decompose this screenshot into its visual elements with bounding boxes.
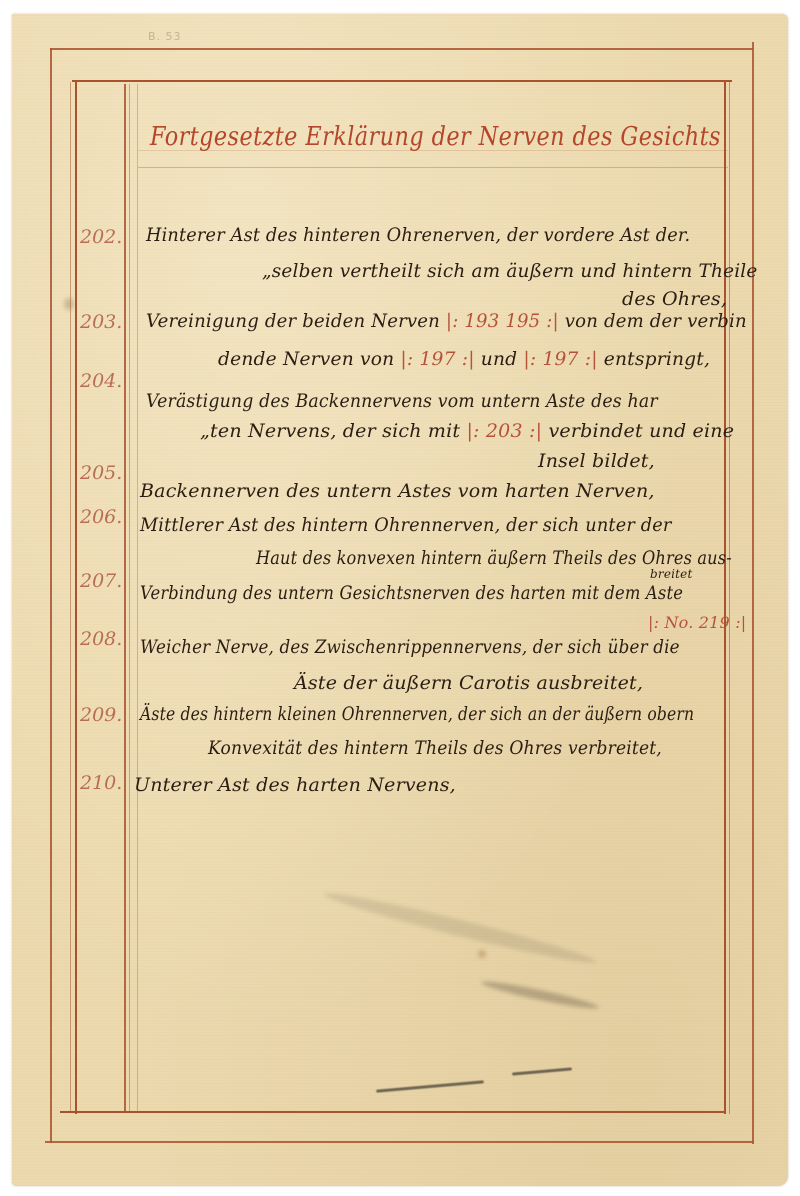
entry-text-line: Verästigung des Backennervens vom untern… (146, 390, 658, 412)
entry-text-line: Backennerven des untern Astes vom harten… (140, 480, 655, 502)
cross-reference: |: 193 195 :| (446, 310, 559, 332)
page-title: Fortgesetzte Erklärung der Nerven des Ge… (150, 122, 649, 152)
inner-frame-left (75, 80, 77, 1114)
entry-text-line: Unterer Ast des harten Nervens, (134, 774, 456, 796)
entry-number: 210. (80, 772, 132, 794)
entry-text-line: Äste der äußern Carotis ausbreitet, (294, 672, 643, 694)
entry-text-line: breitet (650, 567, 693, 581)
outer-frame-bottom (45, 1141, 753, 1143)
entry-text-line: Vereinigung der beiden Nerven |: 193 195… (146, 310, 747, 332)
cross-reference: |: 197 :| (400, 348, 474, 370)
outer-frame-top (50, 48, 753, 50)
stain-spot (478, 950, 486, 958)
title-baseline (138, 167, 728, 168)
inner-frame-right (724, 80, 726, 1114)
entry-number: 206. (80, 506, 132, 528)
entry-number: 207. (80, 570, 132, 592)
inner-frame-bottom (60, 1111, 726, 1113)
entry-text-line: Mittlerer Ast des hintern Ohrennerven, d… (140, 514, 672, 536)
inner-frame-top (72, 80, 732, 82)
entry-text-line: Haut des konvexen hintern äußern Theils … (256, 547, 732, 569)
entry-text-line: „ten Nervens, der sich mit |: 203 :| ver… (200, 420, 734, 442)
entry-text-line: Äste des hintern kleinen Ohrennerven, de… (140, 703, 694, 725)
cross-reference: |: 203 :| (466, 420, 542, 442)
entry-number: 202. (80, 226, 132, 248)
outer-frame-left (50, 48, 52, 1143)
entry-number: 203. (80, 311, 132, 333)
outer-frame-right (752, 42, 754, 1144)
entry-number: 208. (80, 628, 132, 650)
title-column-guide (137, 84, 138, 1112)
entry-text-line: Verbindung des untern Gesichtsnerven des… (140, 582, 683, 604)
entry-text-line: des Ohres, (622, 288, 727, 310)
entry-text-line: Konvexität des hintern Theils des Ohres … (208, 737, 662, 759)
entry-number: 209. (80, 704, 132, 726)
cross-reference: |: 197 :| (523, 348, 597, 370)
entry-text-line: dende Nerven von |: 197 :| und |: 197 :|… (218, 348, 710, 370)
entry-text-line: Weicher Nerve, des Zwischenrippennervens… (140, 636, 680, 658)
stain-spot (64, 298, 74, 310)
cross-reference: |: No. 219 :| (648, 613, 746, 632)
entry-text-line: Hinterer Ast des hinteren Ohrenerven, de… (146, 224, 690, 246)
entry-number: 204. (80, 370, 132, 392)
inner-frame-right-double (729, 80, 730, 1114)
entry-text-line: „selben vertheilt sich am äußern und hin… (262, 260, 757, 282)
inner-frame-left-double (70, 82, 71, 1112)
archive-pencil-mark: B. 53 (148, 30, 182, 43)
entry-text-line: Insel bildet, (538, 450, 655, 472)
entry-number: 205. (80, 462, 132, 484)
